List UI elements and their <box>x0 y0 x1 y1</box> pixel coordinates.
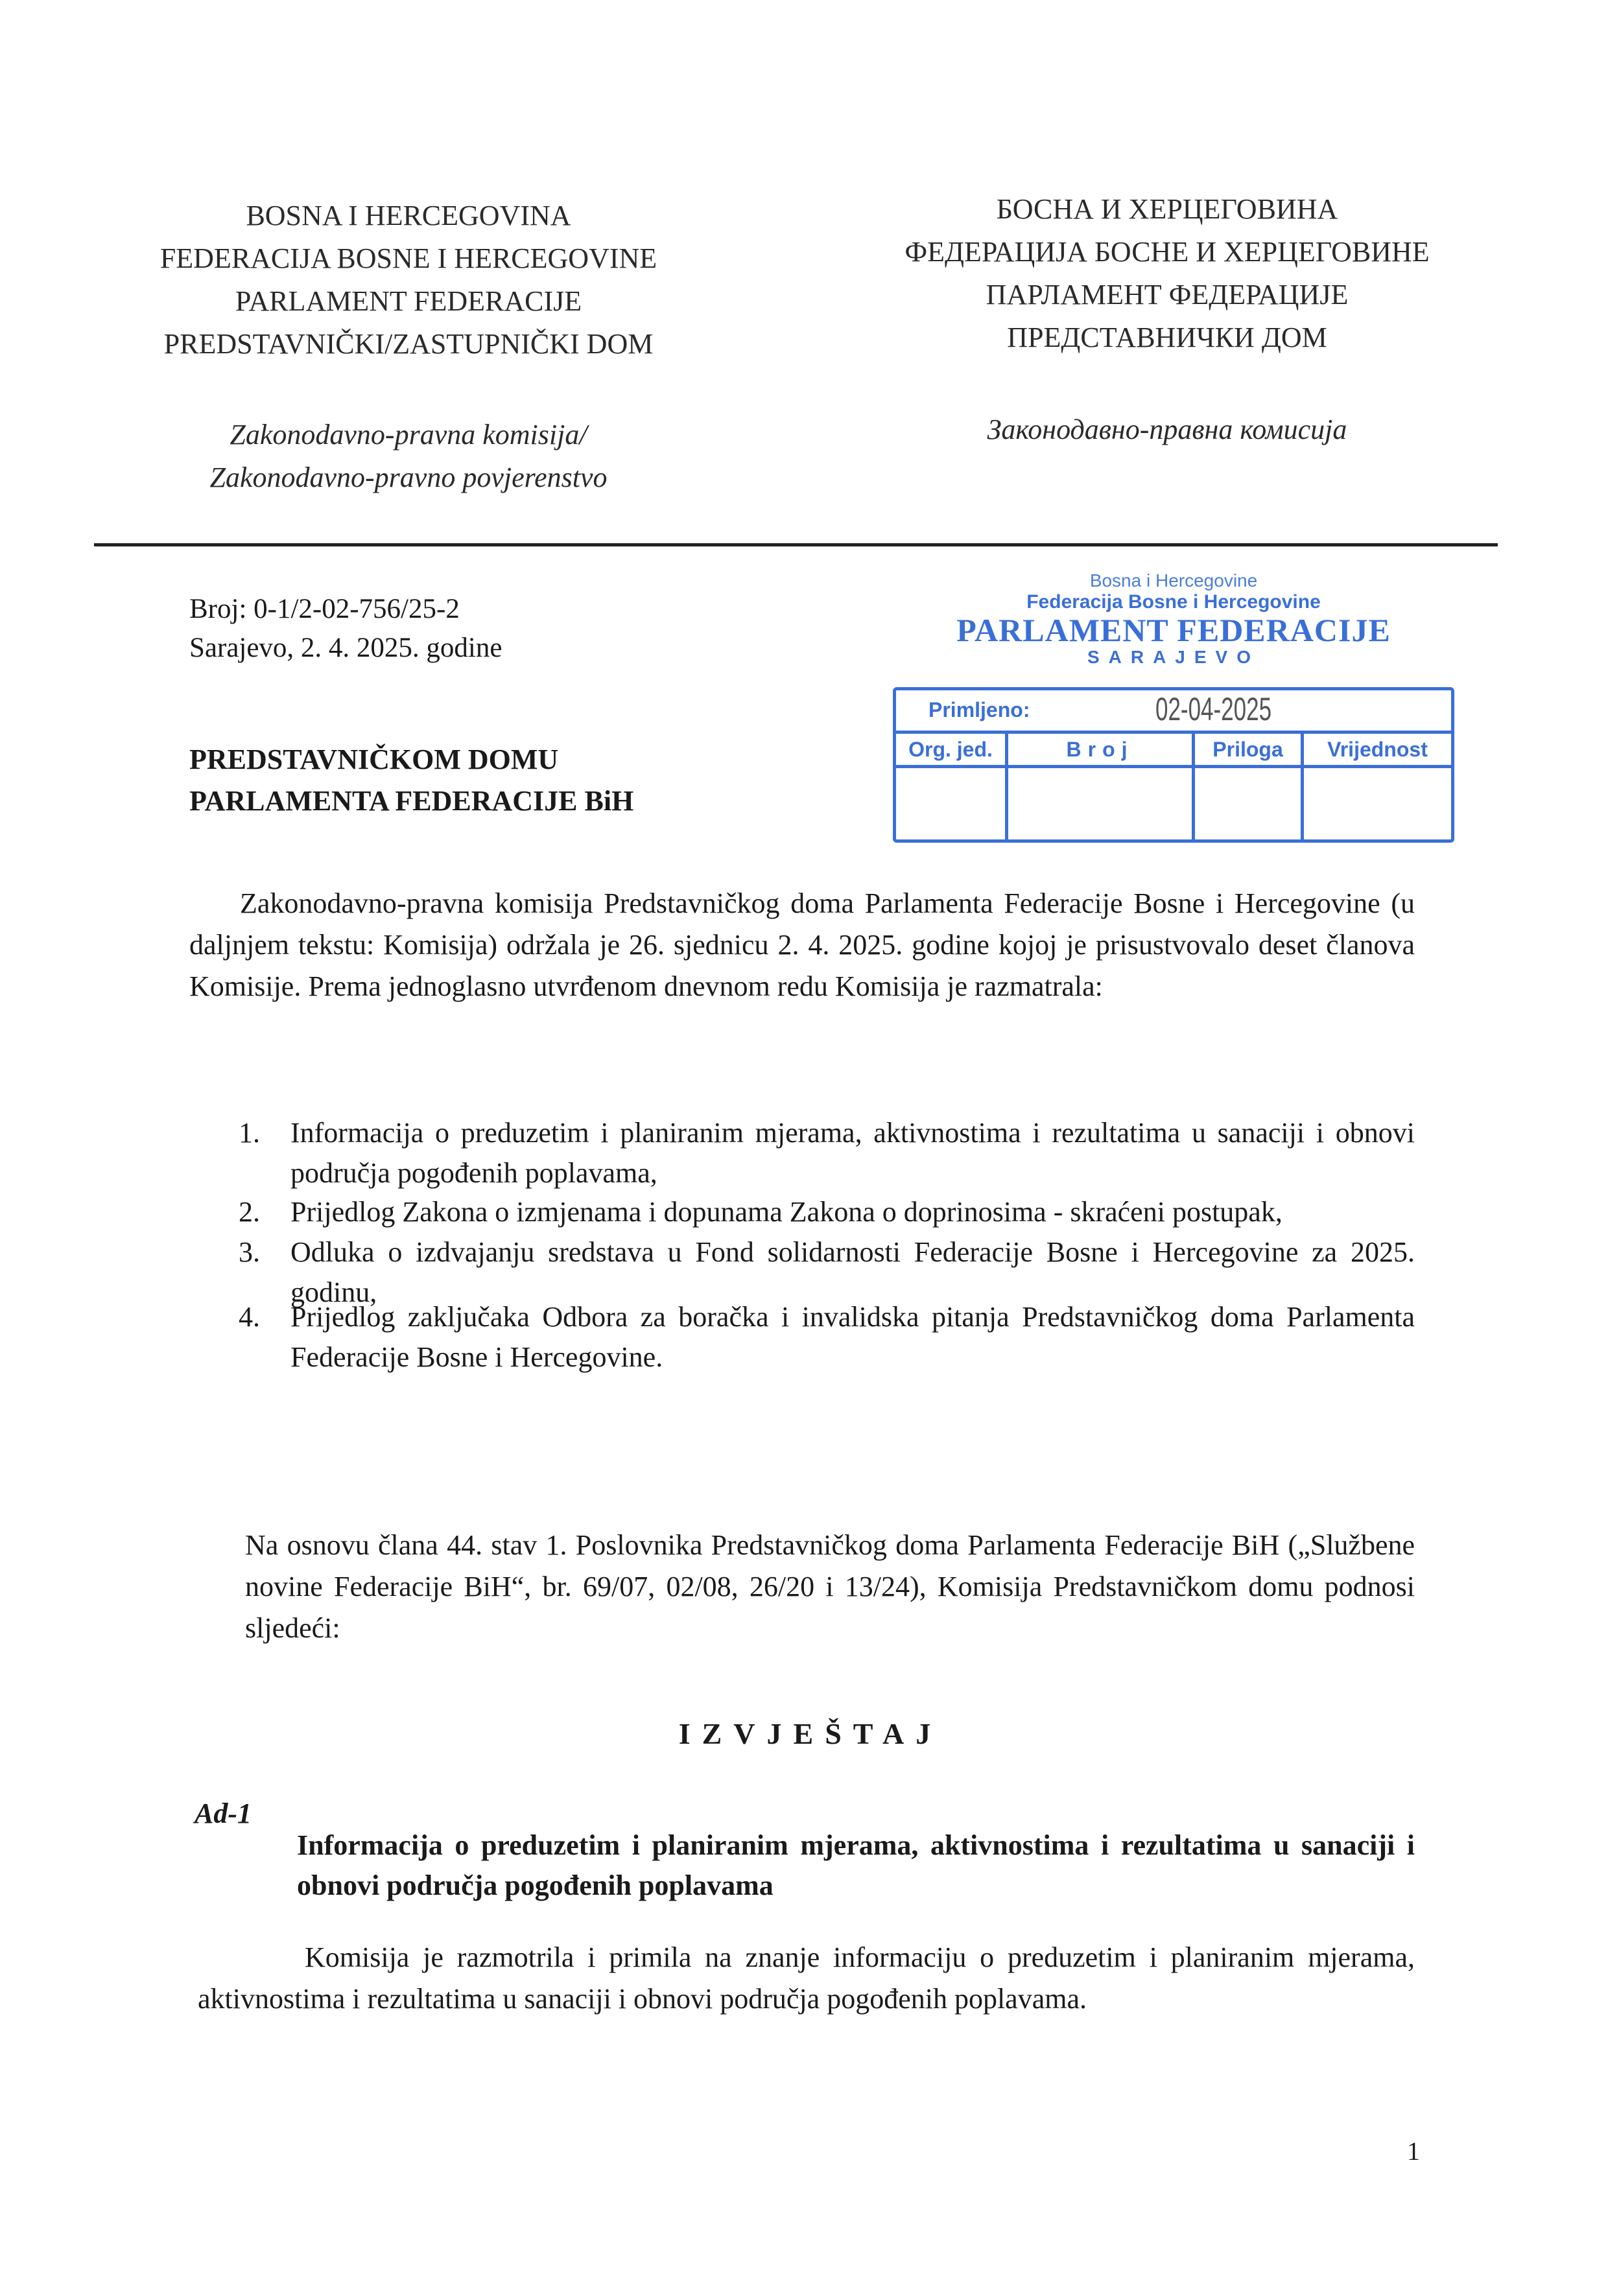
header-right-line: БОСНА И ХЕРЦЕГОВИНА <box>843 188 1491 231</box>
header-left-line: BOSNA I HERCEGOVINA <box>84 194 733 237</box>
stamp-box: Primljeno: 02-04-2025 Org. jed. Broj Pri… <box>893 687 1454 843</box>
document-number: Broj: 0-1/2-02-756/25-2 <box>189 590 502 629</box>
document-place-date: Sarajevo, 2. 4. 2025. godine <box>189 629 502 668</box>
agenda-item: 1. Informacija o preduzetim i planiranim… <box>290 1113 1415 1193</box>
header-left-line: PARLAMENT FEDERACIJE <box>84 280 733 323</box>
stamp-line-2: Federacija Bosne i Hercegovine <box>892 591 1456 613</box>
stamp-col-priloga: Priloga <box>1195 734 1304 765</box>
agenda-number: 2. <box>239 1192 260 1232</box>
agenda-number: 4. <box>239 1297 260 1337</box>
ad1-text-content: Komisija je razmotrila i primila na znan… <box>198 1941 1415 2015</box>
stamp-col-vrijednost: Vrijednost <box>1304 734 1451 765</box>
agenda-number: 3. <box>239 1232 260 1272</box>
body-name-line: Zakonodavno-pravna komisija/ <box>84 414 733 456</box>
document-meta: Broj: 0-1/2-02-756/25-2 Sarajevo, 2. 4. … <box>189 590 502 668</box>
stamp-line-4: SARAJEVO <box>892 647 1456 668</box>
stamp-col-org: Org. jed. <box>896 734 1008 765</box>
agenda-item: 4. Prijedlog zaključaka Odbora za boračk… <box>290 1297 1415 1377</box>
ad1-label: Ad-1 <box>195 1797 252 1830</box>
header-left: BOSNA I HERCEGOVINA FEDERACIJA BOSNE I H… <box>84 194 733 366</box>
basis-paragraph: Na osnovu člana 44. stav 1. Poslovnika P… <box>245 1525 1415 1649</box>
addressee-line: PREDSTAVNIČKOM DOMU <box>189 739 633 780</box>
stamp-cell <box>1195 768 1304 841</box>
agenda-text: Prijedlog zaključaka Odbora za boračka i… <box>290 1301 1415 1373</box>
intro-paragraph: Zakonodavno-pravna komisija Predstavničk… <box>189 883 1415 1007</box>
ad1-title: Informacija o preduzetim i planiranim mj… <box>297 1825 1415 1906</box>
stamp-line-3: PARLAMENT FEDERACIJE <box>892 613 1456 647</box>
header-right-line: ФЕДЕРАЦИЈА БОСНЕ И ХЕРЦЕГОВИНЕ <box>843 231 1491 274</box>
ad1-text: Komisija je razmotrila i primila na znan… <box>198 1937 1415 2020</box>
agenda-text: Informacija o preduzetim i planiranim mj… <box>290 1117 1415 1189</box>
stamp-received-date: 02-04-2025 <box>1155 690 1271 728</box>
header-right-line: ПАРЛАМЕНТ ФЕДЕРАЦИЈЕ <box>843 274 1491 316</box>
stamp-col-broj: Broj <box>1008 734 1195 765</box>
stamp-received-label: Primljeno: <box>928 698 1030 722</box>
stamp-line-1: Bosna i Hercegovine <box>892 570 1456 591</box>
addressee-line: PARLAMENTA FEDERACIJE BiH <box>189 780 633 822</box>
body-name-line: Zakonodavno-pravno povjerenstvo <box>84 456 733 499</box>
agenda-item: 2. Prijedlog Zakona o izmjenama i dopuna… <box>290 1192 1415 1232</box>
header-divider <box>94 543 1498 546</box>
header-right-body: Законодавно-правна комисија <box>843 408 1491 451</box>
stamp-cell <box>1304 768 1451 841</box>
report-title: IZVJEŠTAJ <box>648 1716 973 1751</box>
page-number: 1 <box>1407 2136 1420 2166</box>
intro-text: Zakonodavno-pravna komisija Predstavničk… <box>189 887 1415 1002</box>
agenda-number: 1. <box>239 1113 260 1153</box>
basis-text: Na osnovu člana 44. stav 1. Poslovnika P… <box>245 1529 1415 1644</box>
received-stamp: Bosna i Hercegovine Federacija Bosne i H… <box>892 570 1456 668</box>
agenda-text: Prijedlog Zakona o izmjenama i dopunama … <box>290 1196 1283 1228</box>
header-left-body: Zakonodavno-pravna komisija/ Zakonodavno… <box>84 414 733 499</box>
addressee: PREDSTAVNIČKOM DOMU PARLAMENTA FEDERACIJ… <box>189 739 633 822</box>
stamp-cell <box>896 768 1008 841</box>
header-right-line: ПРЕДСТАВНИЧКИ ДОМ <box>843 316 1491 359</box>
header-right: БОСНА И ХЕРЦЕГОВИНА ФЕДЕРАЦИЈА БОСНЕ И Х… <box>843 188 1491 359</box>
stamp-cell <box>1008 768 1195 841</box>
header-left-line: PREDSTAVNIČKI/ZASTUPNIČKI DOM <box>84 323 733 366</box>
header-left-line: FEDERACIJA BOSNE I HERCEGOVINE <box>84 237 733 280</box>
